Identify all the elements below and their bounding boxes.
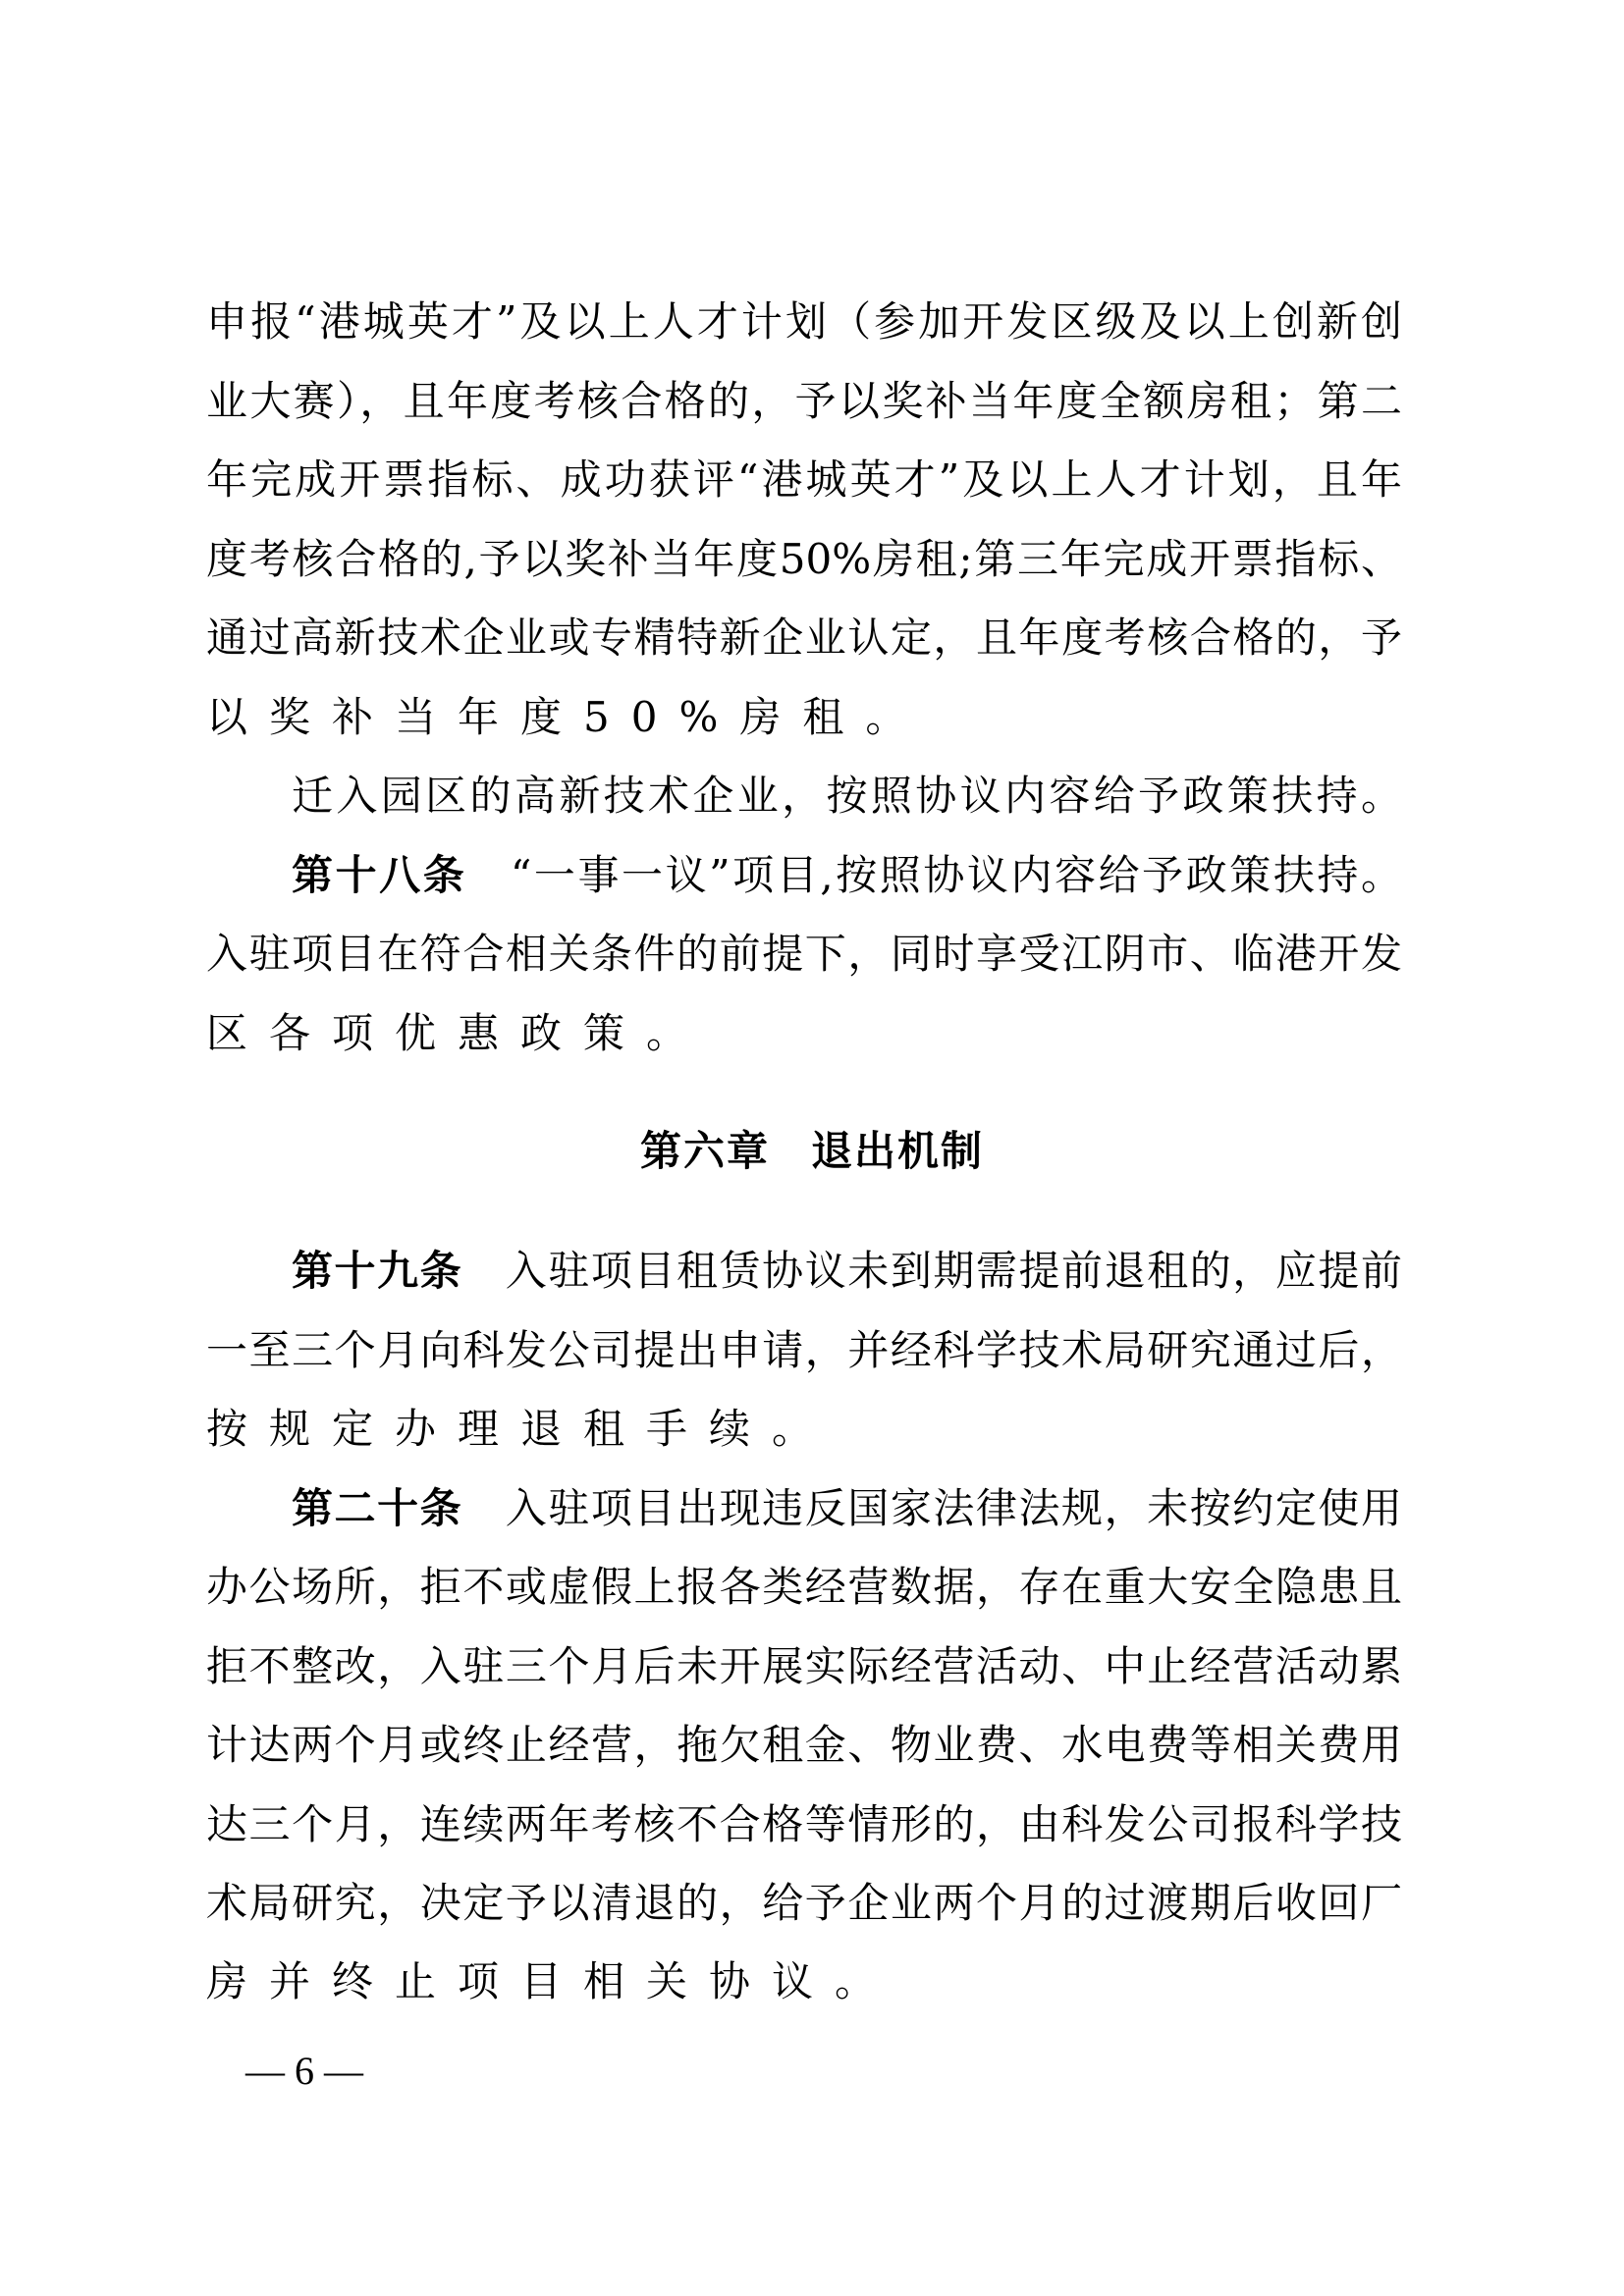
article-19-label: 第十九条 xyxy=(292,1247,462,1295)
paragraph-line: 申报“港城英才”及以上人才计划（参加开发区级及以上创新创 xyxy=(206,294,1402,349)
chapter-number: 第六章 xyxy=(640,1127,770,1175)
article-18-line: 入驻项目在符合相关条件的前提下，同时享受江阴市、临港开发 xyxy=(206,927,1402,982)
page-number: — 6 — xyxy=(245,2048,363,2095)
article-20-line: 术局研究，决定予以清退的，给予企业两个月的过渡期后收回厂 xyxy=(206,1876,1402,1931)
paragraph-high-tech: 迁入园区的高新技术企业，按照协议内容给予政策扶持。 xyxy=(292,769,1402,824)
article-18-first-line: 第十八条 “一事一议”项目,按照协议内容给予政策扶持。 xyxy=(292,848,1402,903)
article-20-line: 房并终止项目相关协议。 xyxy=(206,1954,1402,2009)
article-20-line: 拒不整改，入驻三个月后未开展实际经营活动、中止经营活动累 xyxy=(206,1639,1402,1694)
article-18-line: 区各项优惠政策。 xyxy=(206,1006,1402,1061)
article-20-first-line: 第二十条 入驻项目出现违反国家法律法规，未按约定使用 xyxy=(292,1481,1402,1536)
paragraph-line: 以奖补当年度50%房租。 xyxy=(206,690,1402,745)
article-20-label: 第二十条 xyxy=(292,1484,462,1532)
paragraph-line: 业大赛），且年度考核合格的，予以奖补当年度全额房租；第二 xyxy=(206,374,1402,429)
article-20-gap xyxy=(462,1484,506,1532)
paragraph-line: 年完成开票指标、成功获评“港城英才”及以上人才计划，且年 xyxy=(206,453,1402,507)
paragraph-line: 通过高新技术企业或专精特新企业认定，且年度考核合格的，予 xyxy=(206,611,1402,666)
article-20-line: 计达两个月或终止经营，拖欠租金、物业费、水电费等相关费用 xyxy=(206,1718,1402,1773)
article-20-line: 达三个月，连续两年考核不合格等情形的，由科发公司报科学技 xyxy=(206,1797,1402,1852)
chapter-heading: 第六章退出机制 xyxy=(0,1124,1624,1179)
article-19-line: 按规定办理退租手续。 xyxy=(206,1402,1402,1457)
article-18-gap xyxy=(466,851,511,899)
article-20-line: 办公场所，拒不或虚假上报各类经营数据，存在重大安全隐患且 xyxy=(206,1560,1402,1615)
chapter-title: 退出机制 xyxy=(811,1127,984,1175)
article-19-line: 一至三个月向科发公司提出申请，并经科学技术局研究通过后， xyxy=(206,1323,1402,1378)
article-19-gap xyxy=(462,1247,506,1295)
article-18-label: 第十八条 xyxy=(292,851,466,899)
paragraph-line: 度考核合格的,予以奖补当年度50%房租;第三年完成开票指标、 xyxy=(206,532,1402,587)
article-20-text: 入驻项目出现违反国家法律法规，未按约定使用 xyxy=(506,1484,1402,1532)
article-19-text: 入驻项目租赁协议未到期需提前退租的，应提前 xyxy=(506,1247,1402,1295)
article-18-text: “一事一议”项目,按照协议内容给予政策扶持。 xyxy=(511,851,1402,899)
document-page: 申报“港城英才”及以上人才计划（参加开发区级及以上创新创 业大赛），且年度考核合… xyxy=(0,0,1624,2296)
article-19-first-line: 第十九条 入驻项目租赁协议未到期需提前退租的，应提前 xyxy=(292,1244,1402,1299)
